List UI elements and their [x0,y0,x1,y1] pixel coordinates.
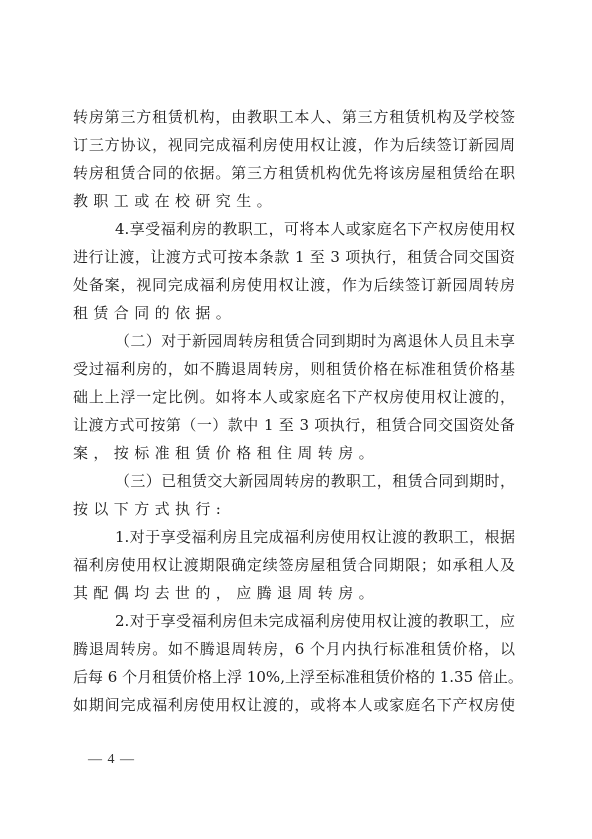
text-line: 按以下方式执行: [73,495,515,523]
page-number: — 4 — [88,752,135,768]
text-line: 租赁合同的依据。 [73,299,515,327]
text-line: 处备案，视同完成福利房使用权让渡，作为后续签订新园周转房 [73,271,515,299]
text-line: 让渡方式可按第（一）款中 1 至 3 项执行，租赁合同交国资处备 [73,411,515,439]
text-line: 福利房使用权让渡期限确定续签房屋租赁合同期限；如承租人及 [73,551,515,579]
text-line: 如期间完成福利房使用权让渡的，或将本人或家庭名下产权房使 [73,691,515,719]
text-line: 转房第三方租赁机构，由教职工本人、第三方租赁机构及学校签 [73,103,515,131]
text-line: 2.对于享受福利房但未完成福利房使用权让渡的教职工，应 [73,607,515,635]
text-line: 其配偶均去世的，应腾退周转房。 [73,579,515,607]
text-line: 订三方协议，视同完成福利房使用权让渡，作为后续签订新园周 [73,131,515,159]
text-line: 案，按标准租赁价格租住周转房。 [73,439,515,467]
text-line: 腾退周转房。如不腾退周转房，6 个月内执行标准租赁价格，以 [73,635,515,663]
text-line: 受过福利房的，如不腾退周转房，则租赁价格在标准租赁价格基 [73,355,515,383]
text-line: 4.享受福利房的教职工，可将本人或家庭名下产权房使用权 [73,215,515,243]
text-line: 1.对于享受福利房且完成福利房使用权让渡的教职工，根据 [73,523,515,551]
text-line: 础上上浮一定比例。如将本人或家庭名下产权房使用权让渡的， [73,383,515,411]
text-line: 进行让渡，让渡方式可按本条款 1 至 3 项执行，租赁合同交国资 [73,243,515,271]
document-page-body: 转房第三方租赁机构，由教职工本人、第三方租赁机构及学校签 订三方协议，视同完成福… [73,103,515,719]
text-line: 后每 6 个月租赁价格上浮 10%,上浮至标准租赁价格的 1.35 倍止。 [73,663,515,691]
text-line: 教职工或在校研究生。 [73,187,515,215]
text-line: 转房租赁合同的依据。第三方租赁机构优先将该房屋租赁给在职 [73,159,515,187]
text-line: （二）对于新园周转房租赁合同到期时为离退休人员且未享 [73,327,515,355]
text-line: （三）已租赁交大新园周转房的教职工，租赁合同到期时， [73,467,515,495]
